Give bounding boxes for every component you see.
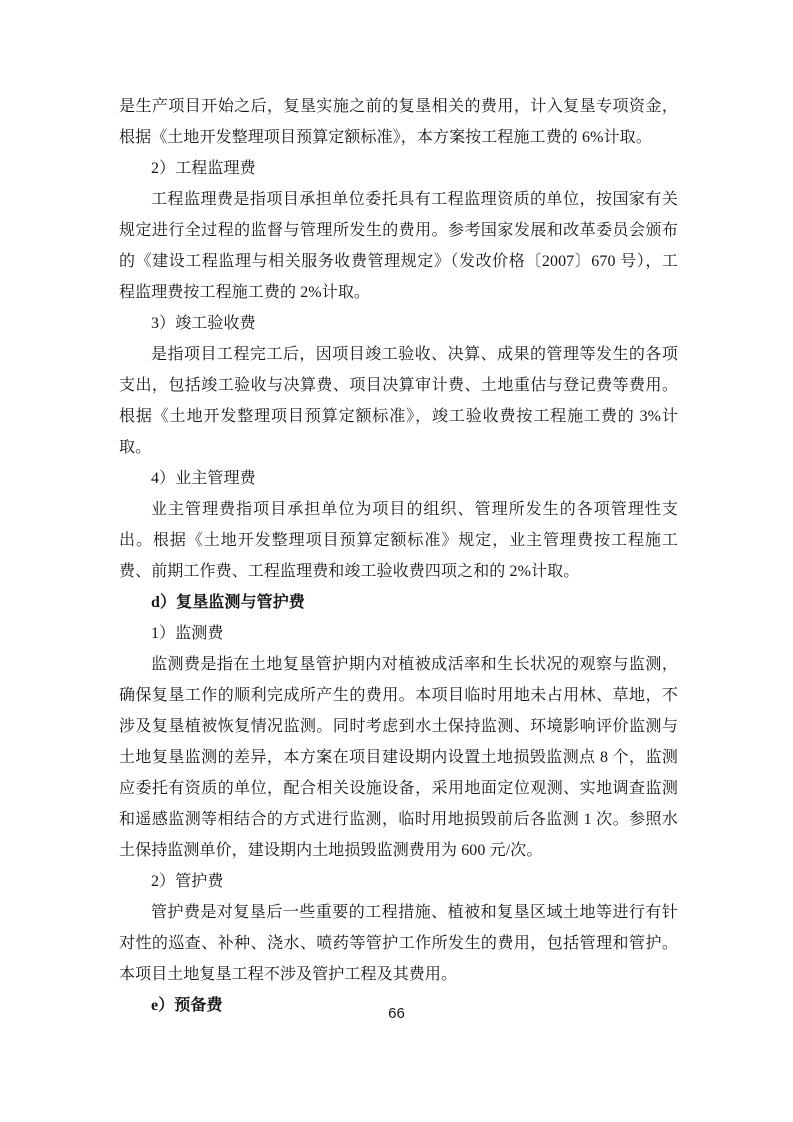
paragraph: 业主管理费指项目承担单位为项目的组织、管理所发生的各项管理性支出。根据《土地开发… [119,494,678,587]
document-page: 是生产项目开始之后，复垦实施之前的复垦相关的费用，计入复垦专项资金，根据《土地开… [0,0,793,1122]
subheading-maintenance-fee: 2）管护费 [119,866,678,897]
paragraph: 是指项目工程完工后，因项目竣工验收、决算、成果的管理等发生的各项支出，包括竣工验… [119,339,678,463]
paragraph: 管护费是对复垦后一些重要的工程措施、植被和复垦区域土地等进行有针对性的巡查、补种… [119,897,678,990]
subheading-completion-acceptance-fee: 3）竣工验收费 [119,308,678,339]
document-body: 是生产项目开始之后，复垦实施之前的复垦相关的费用，计入复垦专项资金，根据《土地开… [119,91,678,1021]
section-heading-monitoring-and-maintenance-fee: d）复垦监测与管护费 [119,587,678,618]
page-number: 66 [0,1005,793,1022]
paragraph-continuation: 是生产项目开始之后，复垦实施之前的复垦相关的费用，计入复垦专项资金，根据《土地开… [119,91,678,153]
subheading-owner-management-fee: 4）业主管理费 [119,463,678,494]
subheading-monitoring-fee: 1）监测费 [119,618,678,649]
subheading-engineering-supervision-fee: 2）工程监理费 [119,153,678,184]
paragraph: 工程监理费是指项目承担单位委托具有工程监理资质的单位，按国家有关规定进行全过程的… [119,184,678,308]
paragraph: 监测费是指在土地复垦管护期内对植被成活率和生长状况的观察与监测，确保复垦工作的顺… [119,649,678,866]
